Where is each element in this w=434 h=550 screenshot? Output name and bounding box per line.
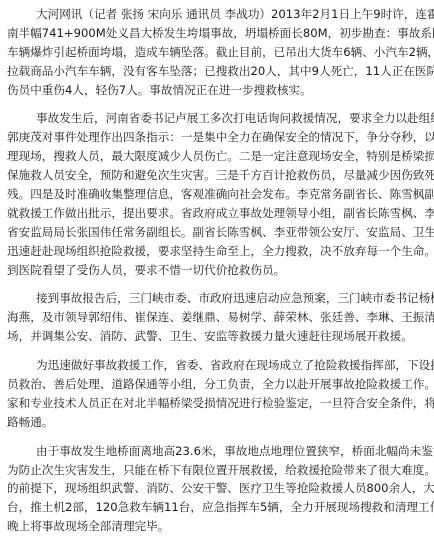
text-line: 拉载商品小汽车车辆，没有客车坠落；已搜救出20人，其中9人死亡，11人正在医院进… bbox=[7, 62, 427, 81]
text-line: 就救援工作做出批示，提出要求。省政府成立事故处理领导小组，副省长陈雪枫、李亚任组… bbox=[7, 204, 427, 223]
text-line: 为迅速做好事故救援工作，省委、省政府在现场成立了抢险救援指挥部，下设抢险搜救、伤 bbox=[7, 356, 427, 375]
text-line: 为防止次生灾害发生，只能在桥下有限位置开展救援，给救援抢险带来了很大难度。在保证… bbox=[7, 461, 427, 480]
article-paragraph-5: 由于事故发生地桥面离地高23.6米，事故地点地理位置狭窄，桥面北幅尚未鉴定完全安… bbox=[7, 442, 427, 536]
text-line: 南半幅741+900M处义昌大桥发生垮塌事故，坍塌桥面长80M，初步勘查：事故系… bbox=[7, 24, 427, 43]
news-article: 大河网讯（记者 张扬 宋向乐 通讯员 李战功）2013年2月1日上午9时许，连霍… bbox=[7, 5, 427, 546]
text-line: 郭庚茂对事件处理作出四条指示：一是集中全力在确保安全的情况下，争分夺秒，以最快速… bbox=[7, 128, 427, 147]
text-line: 迅速赶赴现场组织抢险救援，要求坚持生命至上，全力搜救，决不放弃每一个生命。李亚副… bbox=[7, 242, 427, 261]
text-line: 场，并调集公安、消防、武警、卫生、安监等救援力量火速赶往现场展开救援。 bbox=[7, 327, 427, 346]
text-line: 到医院看望了受伤人员，要求不惜一切代价抢救伤员。 bbox=[7, 261, 427, 280]
article-paragraph-4: 为迅速做好事故救援工作，省委、省政府在现场成立了抢险救援指挥部，下设抢险搜救、伤… bbox=[7, 356, 427, 432]
text-line: 接到事故报告后，三门峡市委、市政府迅速启动应急预案，三门峡市委书记杨树平，市长赵 bbox=[7, 289, 427, 308]
article-paragraph-3: 接到事故报告后，三门峡市委、市政府迅速启动应急预案，三门峡市委书记杨树平，市长赵… bbox=[7, 289, 427, 346]
article-paragraph-1: 大河网讯（记者 张扬 宋向乐 通讯员 李战功）2013年2月1日上午9时许，连霍… bbox=[7, 5, 427, 99]
text-line: 省安监局局长张国伟任常务副组长。副省长陈雪枫、李亚带领公安厅、安监局、卫生厅负责… bbox=[7, 223, 427, 242]
text-line: 理现场，搜救人员，最大限度减少人员伤亡。二是一定注意现场安全，特别是桥梁损伤情况… bbox=[7, 147, 427, 166]
article-paragraph-2: 事故发生后，河南省委书记卢展工多次打电话询问救援情况，要求全力以赴组织抢救。省长… bbox=[7, 109, 427, 279]
text-line: 的前提下，现场组织武警、消防、公安干警、医疗卫生等抢险救援人员800余人，大吨位… bbox=[7, 479, 427, 498]
text-line: 海燕，及市领导郭绍伟、崔保连、姜继鼎、易树学、薛荣林、张廷善、李琳、王振清迅速赶… bbox=[7, 308, 427, 327]
text-line: 保施救人员安全，预防和避免次生灾害。三是千方百计抢救伤员，尽量减少因伤致死、因伤… bbox=[7, 166, 427, 185]
text-line: 家和专业技术人员正在对北半幅桥梁受损情况进行检验鉴定，一旦符合安全条件，将尽快恢… bbox=[7, 394, 427, 413]
text-line: 伤员中重伤4人，轻伤7人。事故情况正在进一步搜救核实。 bbox=[7, 81, 427, 100]
text-line: 残。四是及时准确收集整理信息，客观准确向社会发布。李克常务副省长、陈雪枫副省长也… bbox=[7, 185, 427, 204]
text-line: 由于事故发生地桥面离地高23.6米，事故地点地理位置狭窄，桥面北幅尚未鉴定完全安… bbox=[7, 442, 427, 461]
text-line: 车辆爆炸引起桥面垮塌，造成车辆坠落。截止目前，已吊出大货车6辆、小汽车2辆，其中… bbox=[7, 43, 427, 62]
text-line: 晚上将事故现场全部清理完毕。 bbox=[7, 517, 427, 536]
text-line: 台，推土机2部，120急救车辆11台，应急指挥车5辆，全力开展现场搜救和清理工作… bbox=[7, 498, 427, 517]
text-line: 员救治、善后处理、道路保通等小组，分工负责，全力以赴开展事故抢险救援工作。道路桥… bbox=[7, 375, 427, 394]
text-line: 大河网讯（记者 张扬 宋向乐 通讯员 李战功）2013年2月1日上午9时许，连霍… bbox=[7, 5, 427, 24]
text-line: 路畅通。 bbox=[7, 413, 427, 432]
text-line: 事故发生后，河南省委书记卢展工多次打电话询问救援情况，要求全力以赴组织抢救。省长 bbox=[7, 109, 427, 128]
